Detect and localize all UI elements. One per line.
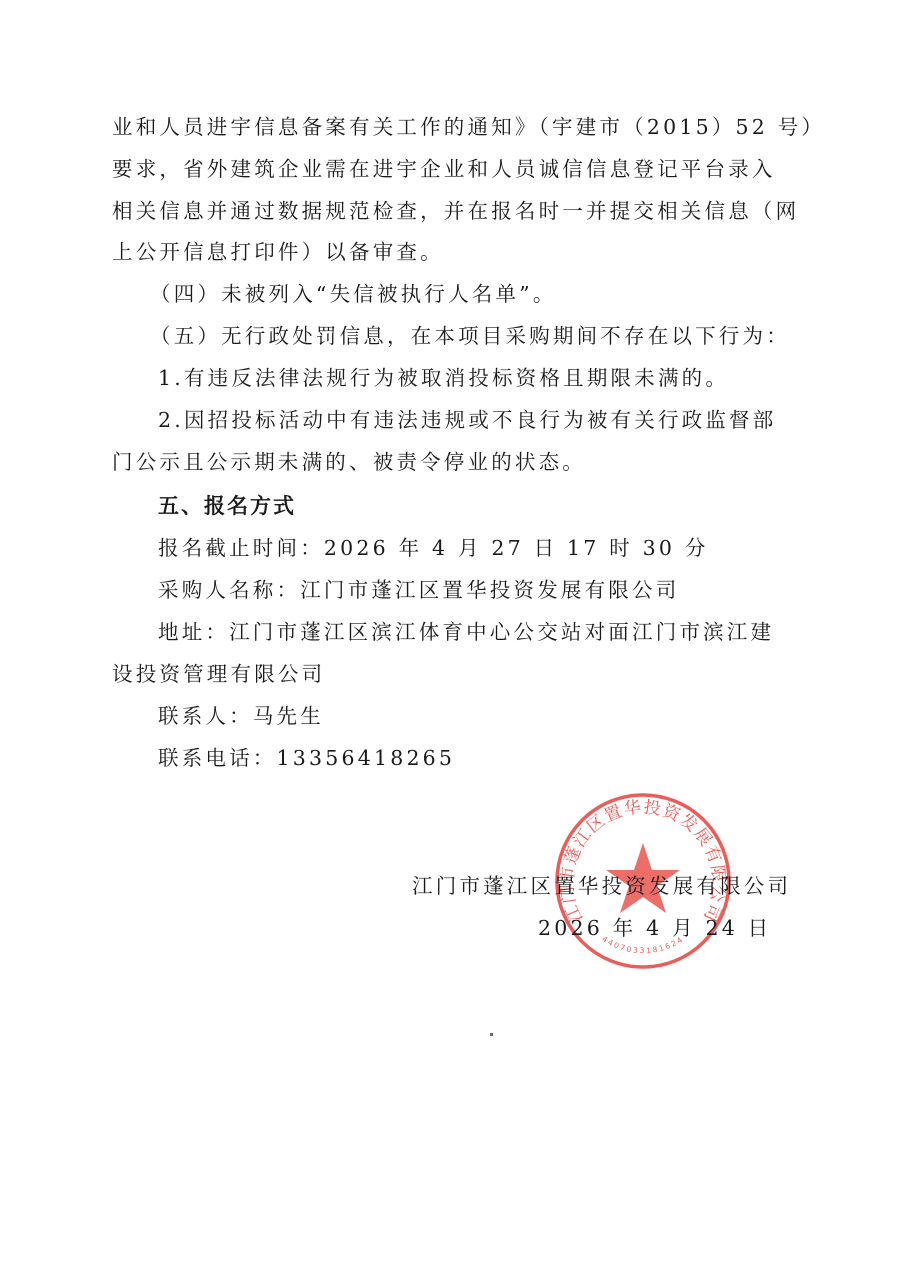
paragraph-line: 1.有违反法律法规行为被取消投标资格且期限未满的。	[158, 363, 848, 393]
paragraph-line: （五）无行政处罚信息，在本项目采购期间不存在以下行为：	[150, 321, 840, 351]
address-label: 地址：	[158, 620, 229, 644]
address-row: 地址：江门市蓬江区滨江体育中心公交站对面江门市滨江建	[158, 617, 848, 647]
paragraph-line: 相关信息并通过数据规范检查，并在报名时一并提交相关信息（网	[112, 196, 802, 226]
address-value: 江门市蓬江区滨江体育中心公交站对面江门市滨江建	[229, 620, 774, 644]
contact-value: 马先生	[253, 704, 324, 728]
scan-speck	[490, 1033, 493, 1036]
paragraph-line: （四）未被列入“失信被执行人名单”。	[150, 279, 840, 309]
phone-row: 联系电话：13356418265	[158, 743, 848, 773]
svg-text:江门市蓬江区置华投资发展有限公司: 江门市蓬江区置华投资发展有限公司	[558, 796, 729, 925]
address-continuation: 设投资管理有限公司	[112, 659, 802, 689]
phone-value: 13356418265	[277, 746, 456, 770]
contact-row: 联系人：马先生	[158, 701, 848, 731]
deadline-row: 报名截止时间：2026 年 4 月 27 日 17 时 30 分	[158, 533, 848, 563]
section-heading: 五、报名方式	[158, 491, 848, 521]
paragraph-line: 门公示且公示期未满的、被责令停业的状态。	[112, 447, 802, 477]
deadline-label: 报名截止时间：	[158, 536, 324, 560]
signature-date: 2026 年 4 月 24 日	[538, 913, 771, 943]
contact-label: 联系人：	[158, 704, 253, 728]
signature-company: 江门市蓬江区置华投资发展有限公司	[412, 871, 791, 901]
purchaser-row: 采购人名称：江门市蓬江区置华投资发展有限公司	[158, 575, 848, 605]
paragraph-line: 上公开信息打印件）以备审查。	[112, 237, 802, 267]
paragraph-line: 业和人员进宇信息备案有关工作的通知》（宇建市（2015）52 号）	[112, 112, 802, 142]
paragraph-line: 2.因招投标活动中有违法违规或不良行为被有关行政监督部	[158, 405, 848, 435]
deadline-value: 2026 年 4 月 27 日 17 时 30 分	[324, 536, 709, 560]
purchaser-label: 采购人名称：	[158, 578, 300, 602]
document-page: 业和人员进宇信息备案有关工作的通知》（宇建市（2015）52 号） 要求，省外建…	[0, 0, 900, 1272]
purchaser-value: 江门市蓬江区置华投资发展有限公司	[300, 578, 679, 602]
phone-label: 联系电话：	[158, 746, 277, 770]
paragraph-line: 要求，省外建筑企业需在进宇企业和人员诚信信息登记平台录入	[112, 154, 802, 184]
